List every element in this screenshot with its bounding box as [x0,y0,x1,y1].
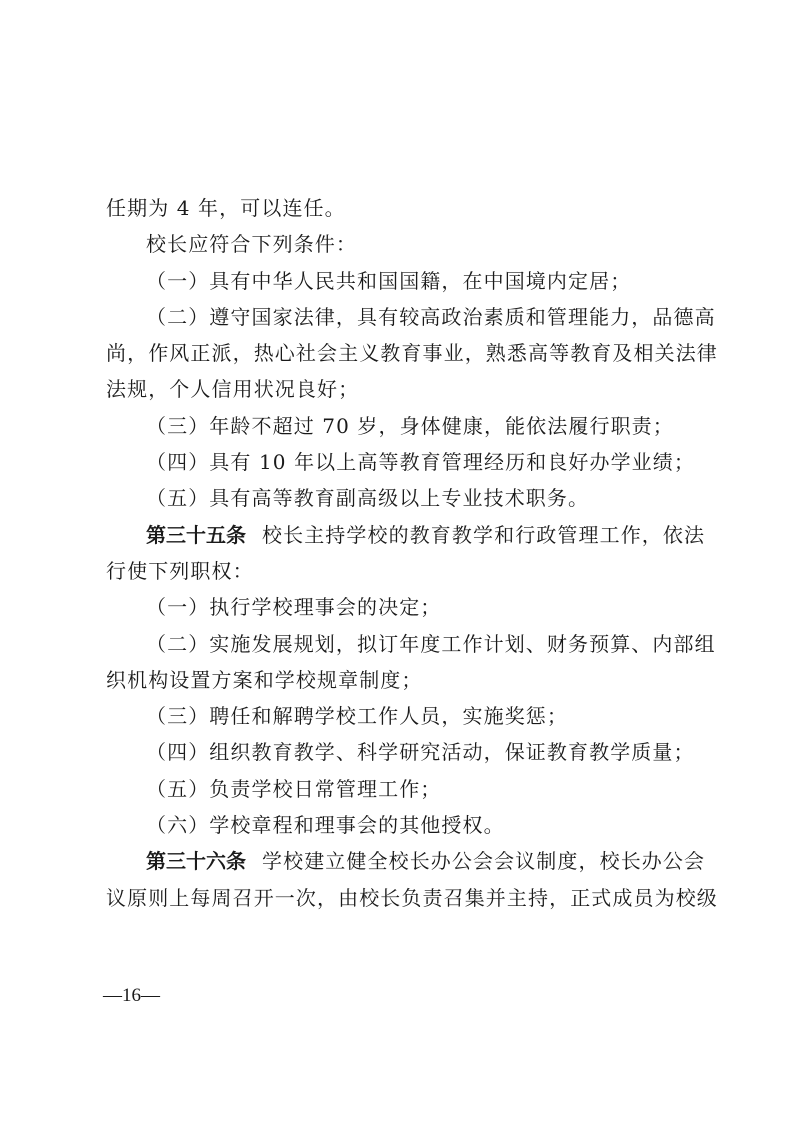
list-item: （四）具有 10 年以上高等教育管理经历和良好办学业绩； [106,444,700,480]
document-body: 任期为 4 年，可以连任。 校长应符合下列条件： （一）具有中华人民共和国国籍，… [106,190,700,916]
article-35-line: 第三十五条校长主持学校的教育教学和行政管理工作，依法 [106,517,700,553]
article-number: 第三十六条 [146,849,246,873]
list-item: （一）具有中华人民共和国国籍，在中国境内定居； [106,263,700,299]
article-text: 校长主持学校的教育教学和行政管理工作，依法 [262,523,705,547]
list-item: （六）学校章程和理事会的其他授权。 [106,807,700,843]
list-item: （三）聘任和解聘学校工作人员，实施奖惩； [106,698,700,734]
text-line: 法规，个人信用状况良好； [106,371,700,407]
text-line: 行使下列职权： [106,553,700,589]
text-line: 织机构设置方案和学校规章制度； [106,662,700,698]
list-item: （二）遵守国家法律，具有较高政治素质和管理能力，品德高 [106,299,700,335]
article-text: 学校建立健全校长办公会会议制度，校长办公会 [262,849,705,873]
list-item: （五）负责学校日常管理工作； [106,771,700,807]
article-number: 第三十五条 [146,523,246,547]
article-36-line: 第三十六条学校建立健全校长办公会会议制度，校长办公会 [106,843,700,879]
text-line: 任期为 4 年，可以连任。 [106,190,700,226]
list-item: （一）执行学校理事会的决定； [106,589,700,625]
text-line: 尚，作风正派，热心社会主义教育事业，熟悉高等教育及相关法律 [106,335,700,371]
paragraph-line: 校长应符合下列条件： [106,226,700,262]
list-item: （五）具有高等教育副高级以上专业技术职务。 [106,480,700,516]
list-item: （二）实施发展规划，拟订年度工作计划、财务预算、内部组 [106,626,700,662]
text-line: 议原则上每周召开一次，由校长负责召集并主持，正式成员为校级 [106,880,700,916]
list-item: （四）组织教育教学、科学研究活动，保证教育教学质量； [106,734,700,770]
document-page: 任期为 4 年，可以连任。 校长应符合下列条件： （一）具有中华人民共和国国籍，… [0,0,793,1122]
page-number: —16— [103,985,160,1007]
list-item: （三）年龄不超过 70 岁，身体健康，能依法履行职责； [106,408,700,444]
